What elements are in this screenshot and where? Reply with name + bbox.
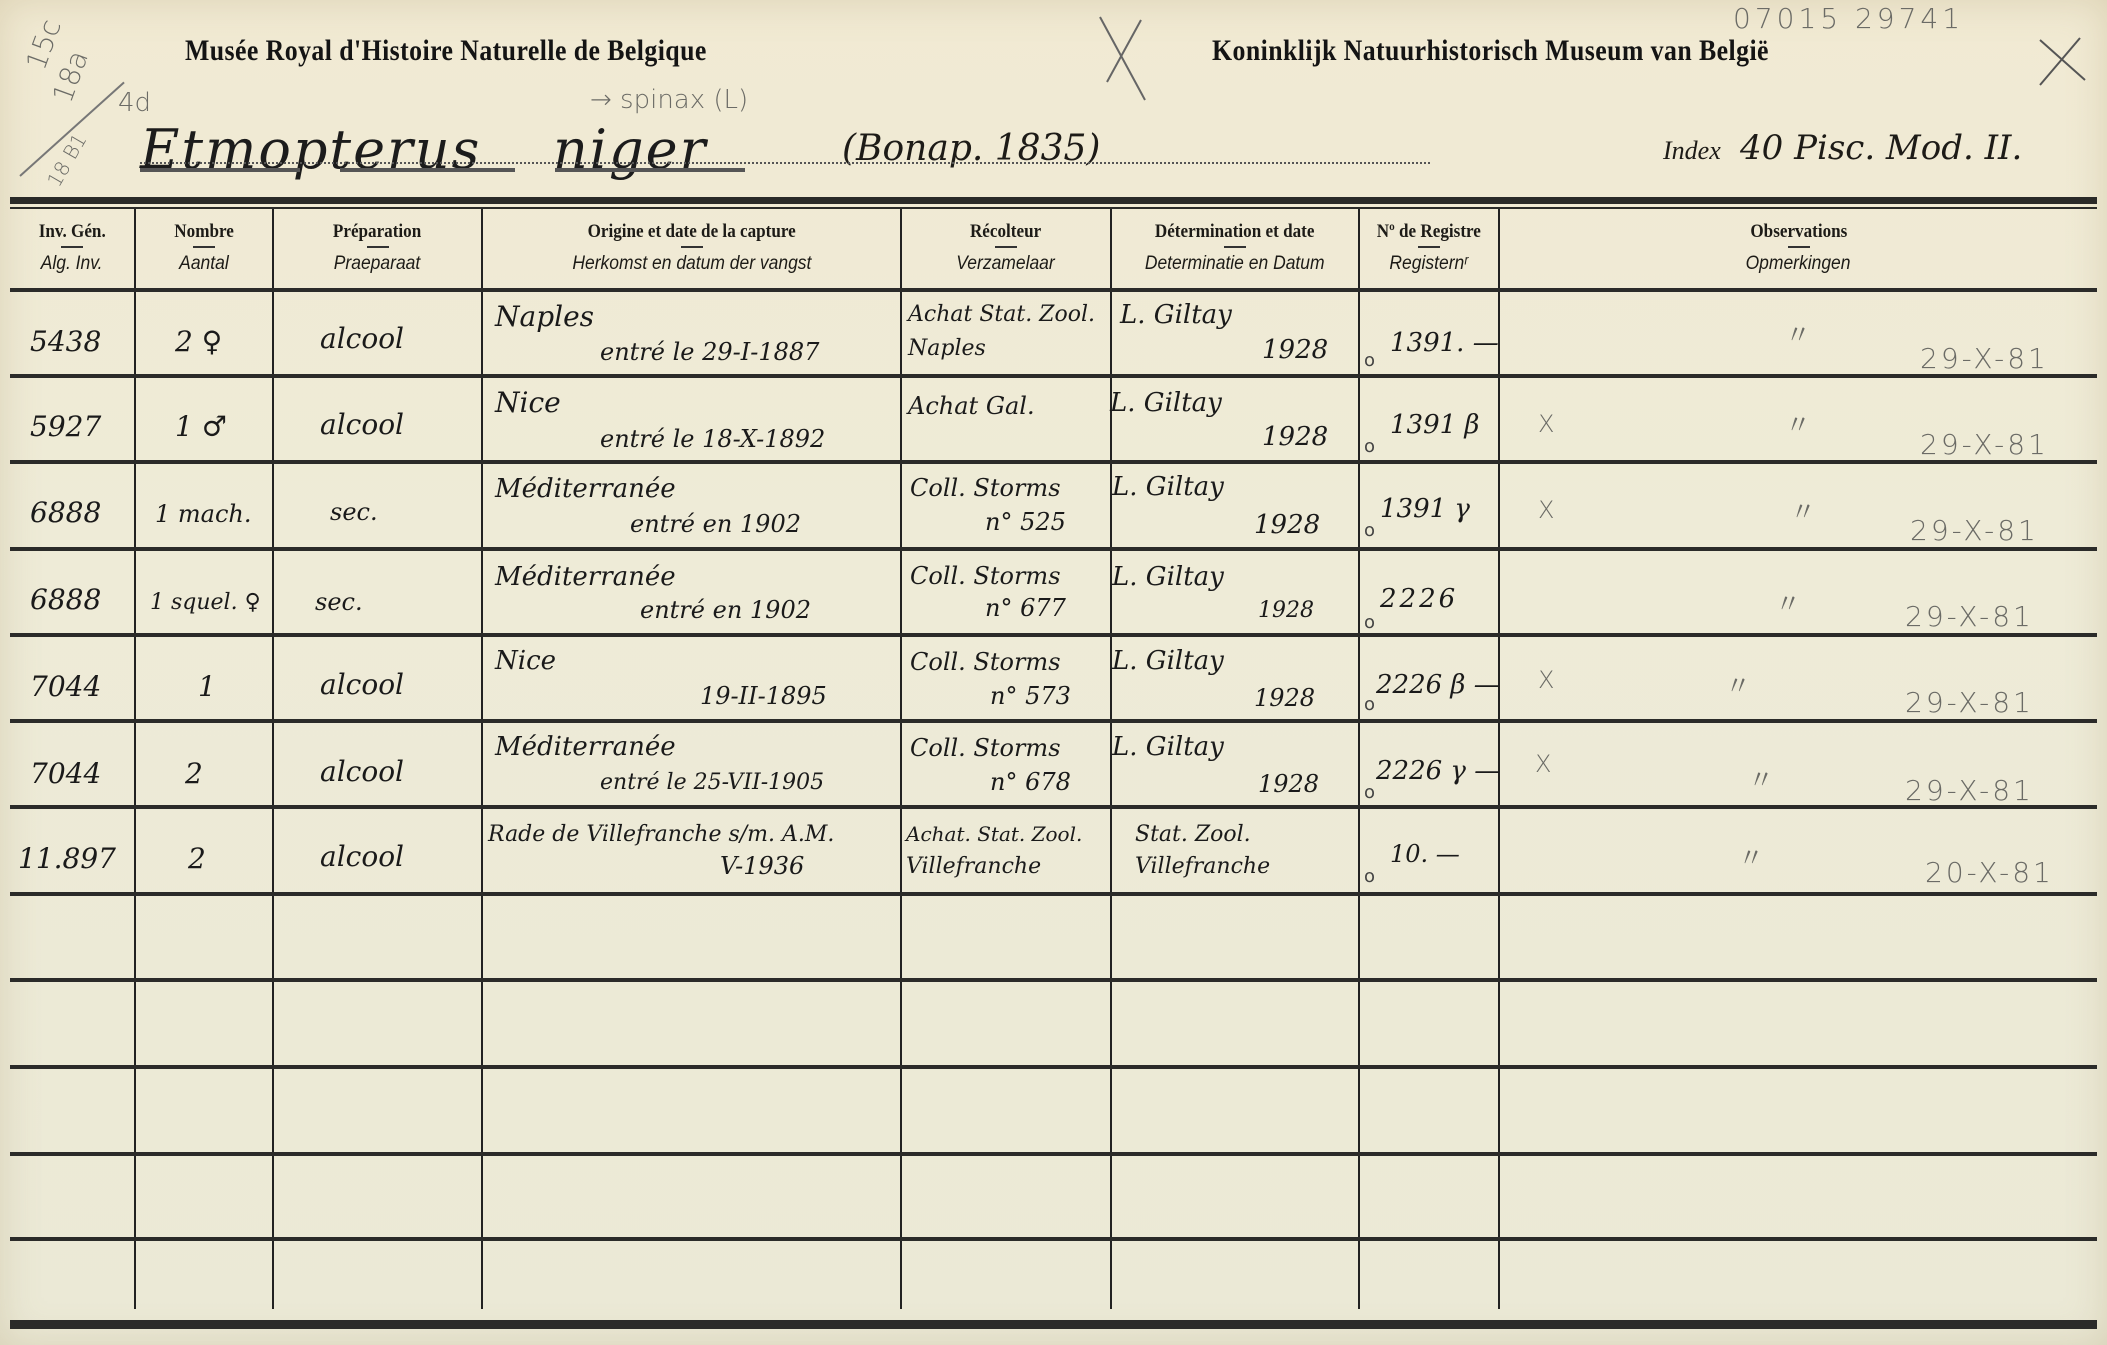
divider <box>193 246 215 248</box>
preparation: sec. <box>315 588 363 616</box>
index-label: Index <box>1663 136 1721 166</box>
collector-detail: n° 525 <box>985 508 1066 536</box>
origin-date: entré le 25-VII-1905 <box>600 770 824 795</box>
collector-detail: Naples <box>908 336 986 361</box>
specimen-count: 2 ♀ <box>175 325 222 358</box>
register-number: 1391 γ <box>1380 494 1470 524</box>
col-header-fr: Nombre <box>174 221 234 243</box>
row-rule <box>10 719 2097 723</box>
preparation: sec. <box>330 498 378 526</box>
determination-year: 1928 <box>1262 335 1328 365</box>
header-rule-thick <box>10 197 2097 204</box>
origin-date: V-1936 <box>720 852 804 880</box>
observation-date: 20-X-81 <box>1925 856 2054 889</box>
col-header-origine: Origine et date de la captureHerkomst en… <box>483 210 900 286</box>
preparation: alcool <box>320 840 404 873</box>
col-header-nl: Determinatie en Datum <box>1145 253 1325 275</box>
row-rule <box>10 805 2097 809</box>
register-number: 2226 γ — <box>1376 756 1500 786</box>
col-header-nl: Praeparaat <box>334 253 420 275</box>
register-mark: o <box>1364 866 1375 887</box>
register-mark: o <box>1364 694 1375 715</box>
origin-date: entré en 1902 <box>630 510 801 538</box>
row-rule <box>10 374 2097 378</box>
divider <box>681 246 703 248</box>
determination-year: 1928 <box>1258 770 1319 798</box>
origin-place: Méditerranée <box>495 474 676 504</box>
col-header-nl: Verzamelaar <box>957 253 1055 275</box>
bottom-rule <box>10 1320 2097 1329</box>
determiner: L. Giltay <box>1112 562 1224 592</box>
collector: Achat Stat. Zool. <box>908 302 1095 327</box>
specimen-count: 1 squel. ♀ <box>150 590 261 615</box>
genus-underline <box>140 168 300 172</box>
col-header-fr: Observations <box>1750 221 1847 243</box>
col-header-preparation: PréparationPraeparaat <box>274 210 481 286</box>
specimen-count: 1 mach. <box>155 500 252 528</box>
collector: Achat. Stat. Zool. <box>906 822 1082 846</box>
collector-detail: n° 678 <box>990 768 1071 796</box>
specimen-count: 2 <box>188 842 206 875</box>
determination-year: Villefranche <box>1135 854 1270 879</box>
observation-ditto: 〃 <box>1785 405 1811 442</box>
register-mark: o <box>1364 436 1375 457</box>
observation-ditto: 〃 <box>1725 666 1751 703</box>
determination-year: 1928 <box>1262 422 1328 452</box>
species-dotted-line <box>140 162 1430 164</box>
collector: Coll. Storms <box>910 474 1061 502</box>
collector-detail: n° 573 <box>990 682 1071 710</box>
observation-date: 29-X-81 <box>1920 342 2049 375</box>
observation-date: 29-X-81 <box>1905 774 2034 807</box>
divider <box>995 246 1017 248</box>
species-annotation: → spinax (L) <box>590 85 748 115</box>
collector: Coll. Storms <box>910 734 1061 762</box>
register-number: 2226 <box>1380 584 1458 614</box>
observation-date: 29-X-81 <box>1920 428 2049 461</box>
col-header-nl: Opmerkingen <box>1746 253 1851 275</box>
col-header-nombre: NombreAantal <box>136 210 272 286</box>
specimen-count: 2 <box>185 757 203 790</box>
determiner: L. Giltay <box>1112 472 1224 502</box>
margin-note-3: 4d <box>118 88 151 118</box>
origin-place: Naples <box>495 300 594 333</box>
collector: Coll. Storms <box>910 648 1061 676</box>
col-header-nl: Aantal <box>179 253 229 275</box>
epithet-underline <box>555 168 745 172</box>
col-header-fr: Origine et date de la capture <box>587 221 795 243</box>
row-rule <box>10 460 2097 464</box>
col-header-fr: Inv. Gén. <box>38 221 105 243</box>
divider <box>1418 246 1440 248</box>
cross-mark-icon <box>1085 12 1165 102</box>
origin-place: Méditerranée <box>495 732 676 762</box>
col-header-fr: Récolteur <box>970 221 1041 243</box>
inv-number: 6888 <box>30 496 101 529</box>
row-rule <box>10 288 2097 292</box>
divider <box>367 246 389 248</box>
register-mark: o <box>1364 782 1375 803</box>
row-rule <box>10 633 2097 637</box>
inv-number: 5927 <box>30 410 101 443</box>
stamp-number: 07015 29741 <box>1733 2 1964 35</box>
determiner: Stat. Zool. <box>1135 822 1251 847</box>
preparation: alcool <box>320 408 404 441</box>
preparation: alcool <box>320 322 404 355</box>
collector: Achat Gal. <box>908 392 1035 420</box>
col-header-recolteur: RécolteurVerzamelaar <box>902 210 1110 286</box>
observation-mark: X <box>1538 666 1554 694</box>
determination-year: 1928 <box>1258 598 1314 623</box>
determiner: L. Giltay <box>1110 388 1222 418</box>
divider <box>61 246 83 248</box>
observation-date: 29-X-81 <box>1910 514 2039 547</box>
empty-rows <box>10 896 2097 1320</box>
observation-ditto: 〃 <box>1738 838 1764 875</box>
observation-date: 29-X-81 <box>1905 600 2034 633</box>
register-mark: o <box>1364 520 1375 541</box>
cross-mark-icon <box>2030 30 2090 90</box>
origin-date: entré le 29-I-1887 <box>600 338 819 366</box>
collector-detail: n° 677 <box>985 594 1066 622</box>
col-header-fr: Nº de Registre <box>1377 221 1481 243</box>
origin-place: Rade de Villefranche s/m. A.M. <box>488 822 834 847</box>
row-rule <box>10 547 2097 551</box>
index-value: 40 Pisc. Mod. II. <box>1740 128 2022 168</box>
margin-note-4: 18 B1 <box>42 129 92 191</box>
inv-number: 7044 <box>30 757 101 790</box>
observation-ditto: 〃 <box>1790 492 1816 529</box>
institution-name-nl: Koninklijk Natuurhistorisch Museum van B… <box>1212 34 1769 68</box>
specimen-count: 1 ♂ <box>175 410 227 443</box>
col-header-nl: Alg. Inv. <box>41 253 103 275</box>
determiner: L. Giltay <box>1112 732 1224 762</box>
origin-place: Méditerranée <box>495 562 676 592</box>
determiner: L. Giltay <box>1120 300 1232 330</box>
observation-ditto: 〃 <box>1748 760 1774 797</box>
col-header-fr: Préparation <box>333 221 421 243</box>
inv-number: 7044 <box>30 670 101 703</box>
observation-ditto: 〃 <box>1775 584 1801 621</box>
col-header-nl: Registernʳ <box>1390 253 1469 275</box>
origin-place: Nice <box>495 386 561 419</box>
col-header-fr: Détermination et date <box>1155 221 1315 243</box>
observation-mark: X <box>1535 750 1551 778</box>
determination-year: 1928 <box>1254 684 1315 712</box>
determination-year: 1928 <box>1254 510 1320 540</box>
determiner: L. Giltay <box>1112 646 1224 676</box>
register-number: 2226 β — <box>1376 670 1500 700</box>
register-mark: o <box>1364 350 1375 371</box>
preparation: alcool <box>320 668 404 701</box>
origin-date: entré le 18-X-1892 <box>600 425 825 453</box>
inv-number: 5438 <box>30 325 101 358</box>
origin-date: entré en 1902 <box>640 596 811 624</box>
institution-name-fr: Musée Royal d'Histoire Naturelle de Belg… <box>185 34 707 68</box>
inv-number: 6888 <box>30 583 101 616</box>
register-number: 1391 β <box>1390 410 1479 440</box>
origin-date: 19-II-1895 <box>700 682 827 710</box>
specimen-index-card: 15c 18a 4d 18 B1 Musée Royal d'Histoire … <box>0 0 2107 1345</box>
divider <box>1788 246 1810 248</box>
register-number: 10. — <box>1390 840 1460 868</box>
collector: Coll. Storms <box>910 562 1061 590</box>
register-number: 1391. — <box>1390 328 1499 358</box>
col-header-registre: Nº de RegistreRegisternʳ <box>1360 210 1498 286</box>
col-header-observations: ObservationsOpmerkingen <box>1500 210 2097 286</box>
register-mark: o <box>1364 612 1375 633</box>
observation-ditto: 〃 <box>1785 315 1811 352</box>
origin-place: Nice <box>495 646 556 676</box>
observation-mark: X <box>1538 496 1554 524</box>
col-header-inv: Inv. Gén.Alg. Inv. <box>10 210 134 286</box>
preparation: alcool <box>320 755 404 788</box>
divider <box>1224 246 1246 248</box>
specimen-count: 1 <box>198 670 216 703</box>
inv-number: 11.897 <box>18 842 116 875</box>
genus-underline-2 <box>340 168 515 172</box>
collector-detail: Villefranche <box>906 854 1041 879</box>
header-rule-thin <box>10 207 2097 209</box>
observation-date: 29-X-81 <box>1905 686 2034 719</box>
col-header-nl: Herkomst en datum der vangst <box>572 253 811 275</box>
col-header-determination: Détermination et dateDeterminatie en Dat… <box>1112 210 1358 286</box>
observation-mark: X <box>1538 410 1554 438</box>
